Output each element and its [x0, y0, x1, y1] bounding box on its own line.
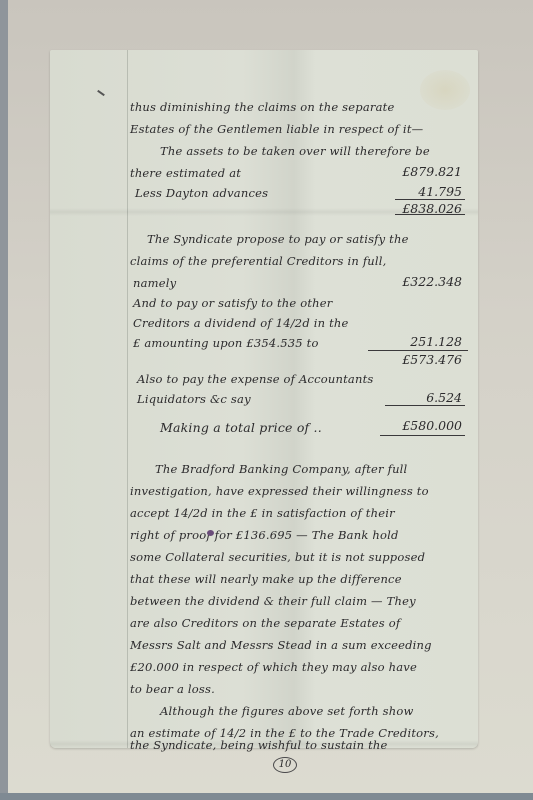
estimated-amount: £879.821 — [370, 164, 462, 179]
sum-rule — [395, 199, 465, 200]
text-line: £20.000 in respect of which they may als… — [130, 660, 417, 674]
text-line: The assets to be taken over will therefo… — [160, 144, 430, 158]
text-line: Liquidators &c say — [137, 392, 251, 406]
text-line: thus diminishing the claims on the separ… — [130, 100, 395, 114]
total-rule — [395, 214, 465, 215]
total-label: Making a total price of .. — [160, 420, 322, 435]
text-line: claims of the preferential Creditors in … — [130, 254, 387, 268]
margin-line — [127, 50, 128, 748]
total-amount: £580.000 — [370, 418, 462, 433]
text-line: to bear a loss. — [130, 682, 215, 696]
text-line: Estates of the Gentlemen liable in respe… — [130, 122, 423, 136]
frame-left-edge — [0, 0, 8, 800]
preferential-amount: £322.348 — [370, 274, 462, 289]
text-line: the Syndicate, being wishful to sustain … — [130, 738, 388, 752]
text-line: namely — [133, 276, 176, 290]
text-line: investigation, have expressed their will… — [130, 484, 429, 498]
text-line: right of proof for £136.695 — The Bank h… — [130, 528, 399, 542]
text-line: The Bradford Banking Company, after full — [155, 462, 407, 476]
less-amount: 41.795 — [370, 184, 462, 199]
text-line: between the dividend & their full claim … — [130, 594, 416, 608]
sum-rule — [368, 350, 468, 351]
text-line: £ amounting upon £354.535 to — [133, 336, 319, 350]
text-line: are also Creditors on the separate Estat… — [130, 616, 400, 630]
text-line: Although the figures above set forth sho… — [160, 704, 414, 718]
ink-blot — [207, 530, 214, 536]
text-line: The Syndicate propose to pay or satisfy … — [147, 232, 409, 246]
text-line: there estimated at — [130, 166, 241, 180]
text-line: Messrs Salt and Messrs Stead in a sum ex… — [130, 638, 432, 652]
text-line: Creditors a dividend of 14/2d in the — [133, 316, 349, 330]
expense-amount: 6.524 — [370, 390, 462, 405]
text-line: And to pay or satisfy to the other — [133, 296, 333, 310]
text-line: some Collateral securities, but it is no… — [130, 550, 425, 564]
text-line: accept 14/2d in the £ in satisfaction of… — [130, 506, 395, 520]
subtotal-amount: £573.476 — [370, 352, 462, 367]
dividend-amount: 251.128 — [370, 334, 462, 349]
sum-rule — [385, 405, 465, 406]
text-line: Less Dayton advances — [135, 186, 268, 200]
total-rule — [380, 435, 465, 436]
text-line: that these will nearly make up the diffe… — [130, 572, 402, 586]
paper-stain — [420, 70, 470, 110]
frame-bottom-edge — [0, 793, 533, 800]
page-number: 10 — [273, 757, 297, 773]
text-line: Also to pay the expense of Accountants — [137, 372, 374, 386]
